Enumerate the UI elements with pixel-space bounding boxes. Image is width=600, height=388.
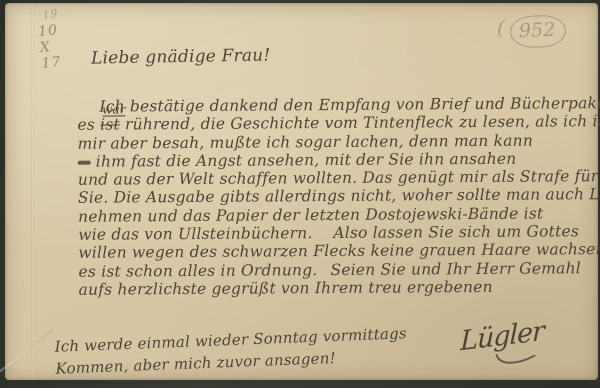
- line2-prefix: es: [77, 116, 100, 134]
- correction: istwar: [100, 116, 120, 134]
- pencil-number-circled: 952: [510, 14, 567, 48]
- signature: Lügler: [460, 316, 544, 358]
- pencil-paren: (: [496, 17, 505, 39]
- letter-paper: 19 10 X 17 ( 952 Liebe gnädige Frau! Ich…: [5, 3, 598, 380]
- paper-crease-diagonal: [0, 329, 54, 374]
- pencil-date-day: 10: [37, 22, 61, 40]
- line2-rest: rührend, die Geschichte vom Tintenfleck …: [120, 112, 600, 133]
- salutation: Liebe gnädige Frau!: [91, 45, 271, 68]
- ink-blot: [78, 161, 91, 165]
- pencil-number-annotation: ( 952: [496, 13, 568, 50]
- inserted-word: war: [102, 105, 126, 117]
- pencil-date-year: 17: [41, 54, 65, 72]
- postscript: Ich werde einmal wieder Sonntag vormitta…: [54, 322, 408, 379]
- letter-line: es ist schon alles in Ordnung. Seien Sie…: [78, 259, 583, 281]
- letter-line: aufs herzlichste gegrüßt von Ihrem treu …: [79, 277, 584, 299]
- letter-body: Ich bestätige dankend den Empfang von Br…: [77, 94, 583, 299]
- pencil-date-small: 19: [42, 6, 60, 24]
- pencil-date-annotation: 19 10 X 17: [36, 6, 65, 72]
- struck-word: ist: [100, 116, 120, 134]
- scanned-letter: 19 10 X 17 ( 952 Liebe gnädige Frau! Ich…: [0, 0, 600, 388]
- paper-crease-vertical: [31, 3, 34, 380]
